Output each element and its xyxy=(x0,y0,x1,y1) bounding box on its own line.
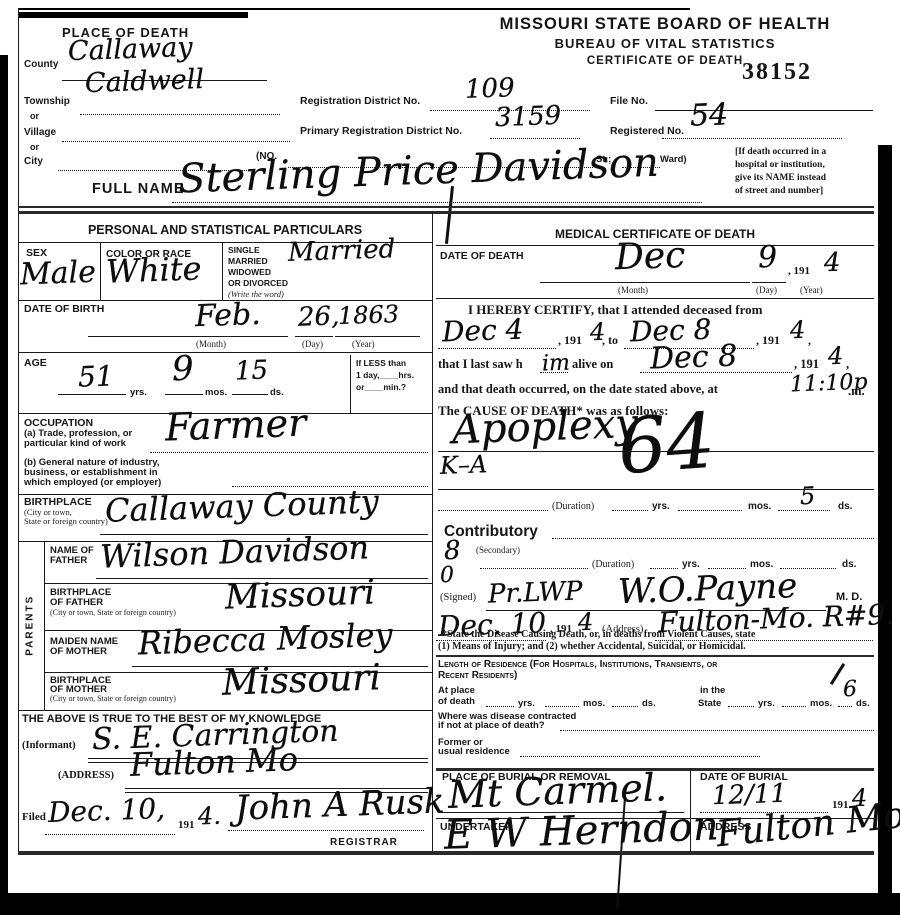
margin-mark: 8 xyxy=(444,538,461,566)
ruled-line xyxy=(545,706,579,707)
ruled-line xyxy=(228,830,424,831)
mos-label: mos. xyxy=(205,388,227,398)
parents-divider xyxy=(44,541,45,710)
disease-contracted-label: if not at place of death? xyxy=(438,721,545,731)
row-rule xyxy=(18,710,432,711)
ds-label: ds. xyxy=(270,388,284,398)
to-label: , to xyxy=(602,334,618,347)
cause-code-value: 64 xyxy=(615,401,717,487)
ruled-line xyxy=(486,706,514,707)
last-saw-text: that I last saw h xyxy=(438,358,523,371)
if-less-note: or____min.? xyxy=(356,383,406,392)
mother-birthplace-value: Missouri xyxy=(221,659,381,702)
ruled-line xyxy=(655,110,873,111)
residence-title: Recent Residents) xyxy=(438,671,517,682)
footnote: (1) Means of Injury; and (2) whether Acc… xyxy=(438,642,746,653)
mother-name-value: Ribecca Mosley xyxy=(137,619,393,661)
ruled-line xyxy=(80,114,280,115)
marital-label: OR DIVORCED xyxy=(228,279,288,288)
hospital-note: [If death occurred in a xyxy=(735,148,826,158)
registered-no-label: Registered No. xyxy=(610,126,684,137)
death-month-value: Dec xyxy=(614,237,686,277)
at-place-label: At place xyxy=(438,686,475,696)
sex-value: Male xyxy=(19,257,96,291)
attended-from-value: Dec 4 xyxy=(442,315,524,347)
hospital-note: of street and number] xyxy=(735,187,823,197)
dob-label: DATE OF BIRTH xyxy=(24,304,104,315)
ruled-line xyxy=(520,756,760,757)
full-name-label: FULL NAME xyxy=(92,182,185,197)
primary-district-label: Primary Registration District No. xyxy=(300,126,462,137)
from-year-printed: , 191 xyxy=(558,334,582,347)
ruled-line xyxy=(62,141,290,142)
yrs-label: yrs. xyxy=(518,699,535,709)
informant-address-label: (ADDRESS) xyxy=(58,770,114,781)
day-caption: (Day) xyxy=(302,340,323,349)
mos-label: mos. xyxy=(748,502,771,513)
pm-label: .m. xyxy=(848,385,865,398)
ruled-line xyxy=(540,282,750,283)
ruled-line xyxy=(752,282,786,283)
row-rule xyxy=(436,298,874,299)
cell-divider xyxy=(100,243,101,300)
informant-label: (Informant) xyxy=(22,740,76,751)
ruled-line xyxy=(678,510,742,511)
ruled-line xyxy=(552,538,874,539)
margin-mark: 0 xyxy=(440,564,455,588)
ruled-line xyxy=(612,706,638,707)
double-rule-bottom xyxy=(18,211,874,214)
ruled-line xyxy=(58,394,126,395)
ruled-line xyxy=(728,706,754,707)
full-name-value: Sterling Price Davidson xyxy=(177,142,659,201)
county-value: Callaway xyxy=(68,34,194,67)
burial-date-value: 12/11 xyxy=(712,781,788,811)
ruled-line xyxy=(540,372,568,373)
signed-label: (Signed) xyxy=(440,592,476,603)
comma: , xyxy=(808,334,811,347)
ruled-line xyxy=(232,394,268,395)
city-label: City xyxy=(24,157,43,168)
age-months-value: 9 xyxy=(171,352,194,388)
dob-year-value: 1863 xyxy=(338,302,400,329)
if-less-note: If LESS than xyxy=(356,359,406,368)
county-label: County xyxy=(24,60,58,71)
yrs-label: yrs. xyxy=(652,502,670,513)
filed-date-value: Dec. 10, xyxy=(48,794,166,827)
file-number-value: 38152 xyxy=(742,60,812,85)
father-name-label: FATHER xyxy=(50,556,87,566)
parents-label: PARENTS xyxy=(26,595,37,656)
footnote: *State the Disease Causing Death, or, in… xyxy=(442,630,755,641)
occupation-value: Farmer xyxy=(164,404,307,449)
hospital-note: hospital or institution, xyxy=(735,161,825,171)
form-left-border xyxy=(18,8,19,852)
informant-address-value: Fulton Mo xyxy=(129,743,298,782)
ruled-line xyxy=(612,510,648,511)
mos-label: mos. xyxy=(583,699,605,709)
form-top-rule xyxy=(18,8,690,10)
comma: , xyxy=(846,358,849,371)
parents-label-cell: PARENTS xyxy=(18,541,44,710)
registration-district-value: 109 xyxy=(465,75,516,104)
bureau-title: BUREAU OF VITAL STATISTICS xyxy=(455,37,875,51)
ruled-line xyxy=(165,394,203,395)
ruled-line xyxy=(150,452,428,453)
ruled-line xyxy=(838,706,852,707)
ruled-line xyxy=(438,348,556,349)
month-caption: (Month) xyxy=(196,340,226,349)
row-rule xyxy=(18,352,432,353)
age-days-value: 15 xyxy=(235,357,269,385)
death-occurred-text: and that death occurred, on the date sta… xyxy=(438,383,718,396)
village-label: Village xyxy=(24,128,56,139)
registrar-signature: John A Rusk xyxy=(234,784,445,827)
ds-label: ds. xyxy=(842,560,856,571)
township-value: Caldwell xyxy=(85,66,205,98)
undertaker-value: E W Herndon xyxy=(443,805,719,857)
father-birthplace-label: OF FATHER xyxy=(50,598,103,608)
registrar-label: REGISTRAR xyxy=(330,838,398,849)
duration-caption: (Duration) xyxy=(592,560,634,571)
signed-note: Pr.LWP xyxy=(488,578,583,609)
dob-day-value: 26, xyxy=(298,303,340,332)
race-value: White xyxy=(105,252,202,289)
ruled-line xyxy=(560,730,874,731)
or-label: or xyxy=(30,143,39,152)
filed-year-value: 4. xyxy=(198,804,222,830)
to-year-value: 4 xyxy=(790,318,806,344)
marital-value: Married xyxy=(288,236,396,267)
birthplace-value: Callaway County xyxy=(104,485,379,528)
residence-title: Length of Residence (For Hospitals, Inst… xyxy=(438,660,717,671)
age-label: AGE xyxy=(24,358,47,369)
day-caption: (Day) xyxy=(756,286,777,295)
ruled-line xyxy=(480,568,588,569)
ruled-line xyxy=(650,568,678,569)
father-birthplace-caption: (City or town, State or foreign country) xyxy=(50,609,176,617)
ruled-line xyxy=(295,336,333,337)
scan-edge-right xyxy=(878,145,892,893)
duration-caption: (Duration) xyxy=(552,502,594,513)
month-caption: (Month) xyxy=(618,286,648,295)
alive-on-text: alive on xyxy=(572,358,613,371)
ruled-line xyxy=(335,336,420,337)
ruled-line xyxy=(490,138,580,139)
registered-no-value: 54 xyxy=(689,99,728,132)
ruled-line xyxy=(88,336,288,337)
marital-label: SINGLE xyxy=(228,246,260,255)
yrs-label: yrs. xyxy=(130,388,147,398)
ds-label: ds. xyxy=(856,699,870,709)
section-rule xyxy=(436,655,874,657)
death-day-value: 9 xyxy=(757,242,777,274)
age-years-value: 51 xyxy=(77,361,114,392)
cell-divider xyxy=(350,355,351,413)
death-year-printed: , 191 xyxy=(788,266,810,278)
birthplace-caption: State or foreign country) xyxy=(24,517,108,526)
former-residence-label: usual residence xyxy=(438,747,510,757)
occupation-b-label: which employed (or employer) xyxy=(24,478,161,488)
secondary-caption: (Secondary) xyxy=(476,546,520,555)
death-certificate-scan: MISSOURI STATE BOARD OF HEALTH BUREAU OF… xyxy=(0,0,900,915)
certificate-title: CERTIFICATE OF DEATH xyxy=(455,55,875,67)
hospital-note: give its NAME instead xyxy=(735,174,826,184)
mother-birthplace-caption: (City or town, State or foreign country) xyxy=(50,695,176,703)
primary-district-value: 3159 xyxy=(495,103,562,133)
date-of-death-label: DATE OF DEATH xyxy=(440,251,524,262)
scan-top-mark xyxy=(18,12,248,18)
year-caption: (Year) xyxy=(800,286,823,295)
ward-label: Ward) xyxy=(660,155,687,165)
occupation-a-label: particular kind of work xyxy=(24,439,126,449)
last-saw-date-value: Dec 8 xyxy=(649,340,737,375)
cell-divider xyxy=(222,243,223,300)
in-the-label: in the xyxy=(700,686,725,696)
if-less-note: 1 day,____hrs. xyxy=(356,371,414,380)
center-divider xyxy=(432,212,433,852)
ruled-line xyxy=(438,510,548,511)
cause-code-mark: K–A xyxy=(440,452,488,479)
ds-label: ds. xyxy=(838,502,852,513)
marital-label: WIDOWED xyxy=(228,268,271,277)
file-no-label: File No. xyxy=(610,96,648,107)
ruled-line xyxy=(45,834,175,835)
dob-month-value: Feb. xyxy=(194,299,261,333)
cause-of-death-value: Apoplexy xyxy=(451,403,638,451)
father-birthplace-value: Missouri xyxy=(224,575,375,616)
ds-label: ds. xyxy=(642,699,656,709)
to-year-printed: , 191 xyxy=(756,334,780,347)
township-label: Township xyxy=(24,97,70,108)
ruled-line xyxy=(640,372,792,373)
mother-name-label: OF MOTHER xyxy=(50,647,107,657)
board-title: MISSOURI STATE BOARD OF HEALTH xyxy=(455,16,875,33)
scan-edge-left xyxy=(0,55,8,893)
ruled-line xyxy=(172,202,702,203)
at-place-label: of death xyxy=(438,697,475,707)
last-saw-year-printed: , 191 xyxy=(794,358,819,371)
mos-label: mos. xyxy=(810,699,832,709)
father-name-value: Wilson Davidson xyxy=(99,531,369,574)
marital-label: MARRIED xyxy=(228,257,268,266)
last-saw-year-value: 4 xyxy=(828,344,844,370)
filed-label: Filed xyxy=(22,812,46,824)
registration-district-label: Registration District No. xyxy=(300,96,420,107)
year-caption: (Year) xyxy=(352,340,375,349)
state-label: State xyxy=(698,699,721,709)
double-rule-top xyxy=(18,206,874,208)
scan-edge-bottom xyxy=(0,893,900,915)
ruled-line xyxy=(782,706,806,707)
ruled-line xyxy=(662,138,842,139)
or-label: or xyxy=(30,112,39,121)
duration-days-value: 5 xyxy=(800,484,816,510)
ruled-line xyxy=(778,510,830,511)
death-year-value: 4 xyxy=(824,250,841,278)
yrs-label: yrs. xyxy=(758,699,775,709)
filed-year-printed: 191 xyxy=(178,820,195,832)
